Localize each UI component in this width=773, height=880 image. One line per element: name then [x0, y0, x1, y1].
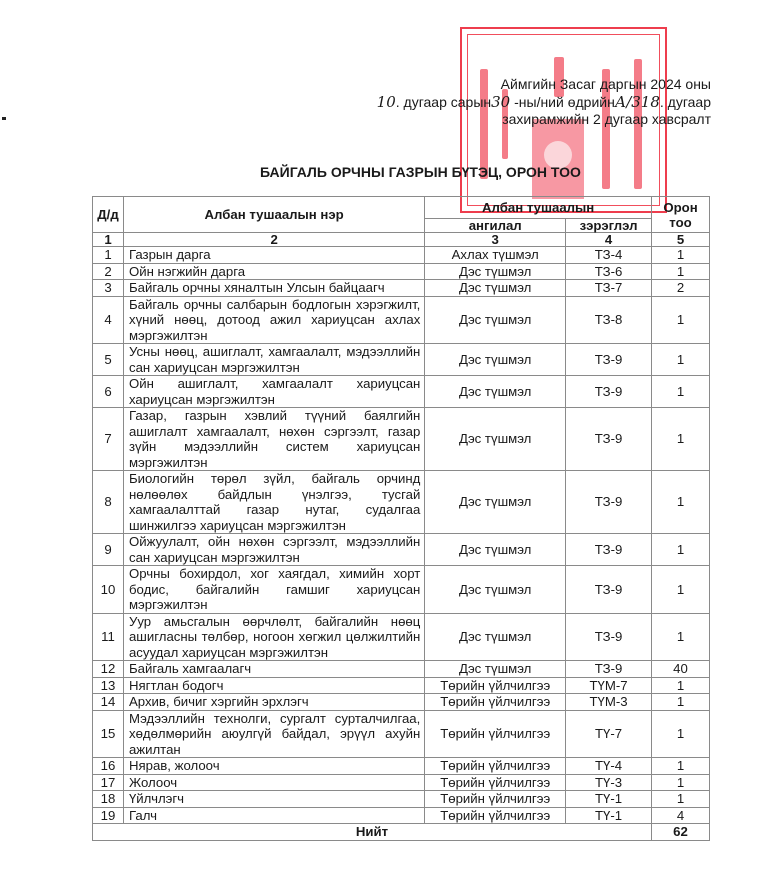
- row-number: 13: [93, 677, 124, 694]
- position-count: 1: [652, 534, 710, 566]
- position-category: Дэс түшмэл: [425, 280, 566, 297]
- row-number: 19: [93, 807, 124, 824]
- table-row: 1Газрын даргаАхлах түшмэлТЗ-41: [93, 247, 710, 264]
- position-category: Төрийн үйлчилгээ: [425, 807, 566, 824]
- handwritten-order-number: А/318: [615, 93, 660, 111]
- table-row: 3Байгаль орчны хяналтын Улсын байцаагчДэ…: [93, 280, 710, 297]
- approval-line-3: захирамжийн 2 дугаар хавсралт: [377, 111, 711, 129]
- position-count: 1: [652, 694, 710, 711]
- row-number: 14: [93, 694, 124, 711]
- table-row: 12Байгаль хамгаалагчДэс түшмэлТЗ-940: [93, 661, 710, 678]
- position-category: Төрийн үйлчилгээ: [425, 710, 566, 758]
- row-number: 12: [93, 661, 124, 678]
- position-category: Дэс түшмэл: [425, 534, 566, 566]
- table-row: 14Архив, бичиг хэргийн эрхлэгчТөрийн үйл…: [93, 694, 710, 711]
- table-row: 9Ойжуулалт, ойн нөхөн сэргээлт, мэдээлли…: [93, 534, 710, 566]
- header-name: Албан тушаалын нэр: [123, 197, 424, 233]
- position-category: Дэс түшмэл: [425, 296, 566, 344]
- position-category: Дэс түшмэл: [425, 471, 566, 534]
- position-grade: ТҮ-4: [566, 758, 652, 775]
- header-grade: зэрэглэл: [566, 219, 652, 233]
- position-grade: ТЗ-9: [566, 661, 652, 678]
- position-count: 1: [652, 774, 710, 791]
- position-count: 1: [652, 677, 710, 694]
- position-name: Мэдээллийн технолги, сургалт сурталчилга…: [123, 710, 424, 758]
- table-row: 6Ойн ашиглалт, хамгаалалт хариуцсан хари…: [93, 376, 710, 408]
- position-grade: ТЗ-9: [566, 376, 652, 408]
- header-no: Д/д: [93, 197, 124, 233]
- row-number: 7: [93, 408, 124, 471]
- position-name: Байгаль орчны салбарын бодлогын хэрэгжил…: [123, 296, 424, 344]
- table-row: 10Орчны бохирдол, хог хаягдал, химийн хо…: [93, 566, 710, 614]
- position-grade: ТЗ-9: [566, 471, 652, 534]
- position-count: 40: [652, 661, 710, 678]
- row-number: 5: [93, 344, 124, 376]
- handwritten-month: 10: [377, 93, 396, 111]
- row-number: 11: [93, 613, 124, 661]
- position-category: Дэс түшмэл: [425, 661, 566, 678]
- position-count: 1: [652, 376, 710, 408]
- approval-line-1: Аймгийн Засаг даргын 2024 оны: [377, 76, 711, 94]
- position-count: 1: [652, 296, 710, 344]
- scan-speck: [2, 117, 6, 120]
- approval-line-2: 10. дугаар сарын30 -ны/ний өдрийнА/318. …: [377, 94, 711, 112]
- row-number: 6: [93, 376, 124, 408]
- position-grade: ТҮ-1: [566, 807, 652, 824]
- position-name: Жолооч: [123, 774, 424, 791]
- position-category: Дэс түшмэл: [425, 263, 566, 280]
- position-name: Архив, бичиг хэргийн эрхлэгч: [123, 694, 424, 711]
- position-count: 2: [652, 280, 710, 297]
- staffing-table: Д/д Албан тушаалын нэр Албан тушаалын Ор…: [92, 196, 710, 841]
- table-row: 11Уур амьсгалын өөрчлөлт, байгалийн нөөц…: [93, 613, 710, 661]
- position-name: Байгаль орчны хяналтын Улсын байцаагч: [123, 280, 424, 297]
- position-grade: ТЗ-9: [566, 408, 652, 471]
- total-row: Нийт 62: [93, 824, 710, 841]
- position-grade: ТҮ-1: [566, 791, 652, 808]
- table-row: 18ҮйлчлэгчТөрийн үйлчилгээТҮ-11: [93, 791, 710, 808]
- position-name: Усны нөөц, ашиглалт, хамгаалалт, мэдээлл…: [123, 344, 424, 376]
- position-category: Төрийн үйлчилгээ: [425, 791, 566, 808]
- position-grade: ТЗ-9: [566, 534, 652, 566]
- position-grade: ТЗ-7: [566, 280, 652, 297]
- position-count: 1: [652, 791, 710, 808]
- position-name: Орчны бохирдол, хог хаягдал, химийн хорт…: [123, 566, 424, 614]
- position-category: Дэс түшмэл: [425, 408, 566, 471]
- row-number: 17: [93, 774, 124, 791]
- position-category: Төрийн үйлчилгээ: [425, 758, 566, 775]
- table-row: 13Нягтлан бодогчТөрийн үйлчилгээТҮМ-71: [93, 677, 710, 694]
- position-name: Биологийн төрөл зүйл, байгаль орчинд нөл…: [123, 471, 424, 534]
- position-grade: ТЗ-9: [566, 344, 652, 376]
- approval-note: Аймгийн Засаг даргын 2024 оны 10. дугаар…: [377, 76, 711, 129]
- row-number: 18: [93, 791, 124, 808]
- row-number: 3: [93, 280, 124, 297]
- total-count: 62: [652, 824, 710, 841]
- position-name: Нярав, жолооч: [123, 758, 424, 775]
- row-number: 9: [93, 534, 124, 566]
- position-category: Дэс түшмэл: [425, 344, 566, 376]
- position-count: 1: [652, 758, 710, 775]
- position-category: Төрийн үйлчилгээ: [425, 774, 566, 791]
- position-grade: ТҮМ-7: [566, 677, 652, 694]
- column-index-row: 1 2 3 4 5: [93, 233, 710, 247]
- header-count: Орон тоо: [652, 197, 710, 233]
- table-row: 5Усны нөөц, ашиглалт, хамгаалалт, мэдээл…: [93, 344, 710, 376]
- table-row: 19ГалчТөрийн үйлчилгээТҮ-14: [93, 807, 710, 824]
- position-name: Ойн нэгжийн дарга: [123, 263, 424, 280]
- position-name: Нягтлан бодогч: [123, 677, 424, 694]
- row-number: 15: [93, 710, 124, 758]
- position-count: 4: [652, 807, 710, 824]
- position-grade: ТҮ-7: [566, 710, 652, 758]
- row-number: 2: [93, 263, 124, 280]
- position-grade: ТЗ-9: [566, 566, 652, 614]
- table-row: 17ЖолоочТөрийн үйлчилгээТҮ-31: [93, 774, 710, 791]
- table-row: 16Нярав, жолоочТөрийн үйлчилгээТҮ-41: [93, 758, 710, 775]
- position-category: Дэс түшмэл: [425, 376, 566, 408]
- position-name: Үйлчлэгч: [123, 791, 424, 808]
- table-row: 2Ойн нэгжийн даргаДэс түшмэлТЗ-61: [93, 263, 710, 280]
- position-name: Уур амьсгалын өөрчлөлт, байгалийн нөөц а…: [123, 613, 424, 661]
- table-row: 8Биологийн төрөл зүйл, байгаль орчинд нө…: [93, 471, 710, 534]
- position-count: 1: [652, 710, 710, 758]
- row-number: 16: [93, 758, 124, 775]
- position-name: Газрын дарга: [123, 247, 424, 264]
- row-number: 8: [93, 471, 124, 534]
- handwritten-day: 30: [491, 93, 510, 111]
- position-count: 1: [652, 408, 710, 471]
- position-grade: ТҮМ-3: [566, 694, 652, 711]
- position-count: 1: [652, 344, 710, 376]
- position-name: Ойжуулалт, ойн нөхөн сэргээлт, мэдээллий…: [123, 534, 424, 566]
- row-number: 4: [93, 296, 124, 344]
- position-count: 1: [652, 471, 710, 534]
- position-grade: ТЗ-6: [566, 263, 652, 280]
- document-title: БАЙГАЛЬ ОРЧНЫ ГАЗРЫН БҮТЭЦ, ОРОН ТОО: [260, 164, 581, 180]
- position-category: Төрийн үйлчилгээ: [425, 694, 566, 711]
- position-name: Ойн ашиглалт, хамгаалалт хариуцсан хариу…: [123, 376, 424, 408]
- position-name: Байгаль хамгаалагч: [123, 661, 424, 678]
- position-category: Төрийн үйлчилгээ: [425, 677, 566, 694]
- position-category: Дэс түшмэл: [425, 566, 566, 614]
- position-grade: ТҮ-3: [566, 774, 652, 791]
- position-grade: ТЗ-9: [566, 613, 652, 661]
- row-number: 10: [93, 566, 124, 614]
- table-row: 4Байгаль орчны салбарын бодлогын хэрэгжи…: [93, 296, 710, 344]
- position-count: 1: [652, 613, 710, 661]
- position-count: 1: [652, 263, 710, 280]
- table-row: 15Мэдээллийн технолги, сургалт сурталчил…: [93, 710, 710, 758]
- header-category: ангилал: [425, 219, 566, 233]
- position-grade: ТЗ-8: [566, 296, 652, 344]
- row-number: 1: [93, 247, 124, 264]
- position-category: Дэс түшмэл: [425, 613, 566, 661]
- position-category: Ахлах түшмэл: [425, 247, 566, 264]
- seal-emblem: [532, 119, 584, 199]
- total-label: Нийт: [93, 824, 652, 841]
- table-row: 7Газар, газрын хэвлий түүний баялгийн аш…: [93, 408, 710, 471]
- position-name: Галч: [123, 807, 424, 824]
- position-name: Газар, газрын хэвлий түүний баялгийн аши…: [123, 408, 424, 471]
- header-group: Албан тушаалын: [425, 197, 652, 219]
- position-count: 1: [652, 247, 710, 264]
- position-count: 1: [652, 566, 710, 614]
- position-grade: ТЗ-4: [566, 247, 652, 264]
